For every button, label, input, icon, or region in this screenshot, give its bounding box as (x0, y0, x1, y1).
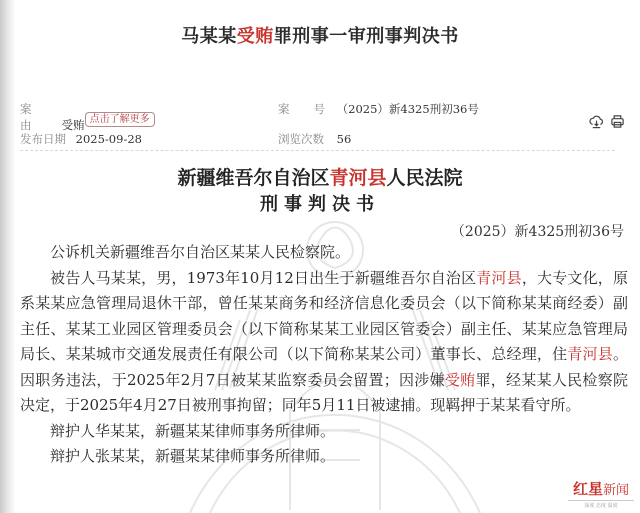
court-name-highlight: 青河县 (329, 167, 386, 189)
meta-divider (20, 150, 615, 151)
document-title: 马某某受贿罪刑事一审刑事判决书 (0, 22, 640, 48)
case-number-row: 案号 （2025）新4325刑初36号 (278, 101, 479, 117)
document-toolbar (589, 114, 625, 133)
publish-date-value: 2025-09-28 (76, 132, 142, 146)
judgment-body: 公诉机关新疆维吾尔自治区某某人民检察院。 被告人马某某，男，1973年10月12… (20, 240, 628, 470)
views-label: 浏览次数 (278, 131, 333, 147)
label-char: 案 (278, 102, 290, 116)
brand-slogan: 深度 态度 温度 (568, 500, 634, 509)
defender-paragraph-1: 辩护人华某某，新疆某某律师事务所律师。 (20, 419, 628, 445)
views-row: 浏览次数 56 (278, 131, 351, 147)
page-edge-shadow (0, 0, 16, 513)
title-text-rest: 罪刑事一审刑事判决书 (274, 26, 459, 47)
case-number-value: （2025）新4325刑初36号 (337, 102, 479, 116)
body-highlight: 受贿 (445, 371, 476, 389)
label-char: 由 (20, 118, 32, 132)
body-highlight: 青河县 (567, 345, 613, 363)
title-text: 马某某 (181, 26, 237, 47)
court-name-text: 新疆维吾尔自治区 (177, 167, 329, 189)
judgment-case-number: （2025）新4325刑初36号 (451, 221, 624, 241)
label-char: 号 (314, 102, 326, 116)
cloud-download-icon[interactable] (589, 114, 604, 133)
court-name-text-rest: 人民法院 (387, 167, 463, 189)
body-highlight: 青河县 (476, 269, 522, 287)
brand-logo: 红星新闻 (568, 478, 634, 499)
defender-paragraph-2: 辩护人张某某，新疆某某律师事务所律师。 (20, 444, 628, 470)
label-char: 案 (20, 102, 32, 116)
case-cause-label: 案由 (20, 101, 58, 133)
body-text: 被告人马某某，男，1973年10月12日出生于新疆维吾尔自治区 (50, 269, 476, 287)
court-name: 新疆维吾尔自治区青河县人民法院 (0, 163, 640, 190)
case-cause-row: 案由 受贿点击了解更多 (20, 101, 155, 134)
learn-more-button[interactable]: 点击了解更多 (85, 112, 155, 127)
news-brand-watermark: 红星新闻 深度 态度 温度 (568, 478, 634, 509)
brand-part-2: 新闻 (603, 483, 629, 498)
document-type-heading: 刑事判决书 (0, 190, 640, 216)
defendant-paragraph: 被告人马某某，男，1973年10月12日出生于新疆维吾尔自治区青河县，大专文化，… (20, 266, 628, 419)
brand-part-1: 红星 (573, 480, 603, 498)
views-value: 56 (337, 132, 352, 146)
printer-icon[interactable] (610, 114, 625, 133)
title-highlight: 受贿 (237, 26, 274, 47)
case-number-label: 案号 (278, 101, 333, 117)
publish-date-row: 发布日期 2025-09-28 (20, 131, 142, 147)
publish-date-label: 发布日期 (20, 131, 72, 147)
case-cause-value: 受贿 (62, 118, 85, 132)
prosecutor-paragraph: 公诉机关新疆维吾尔自治区某某人民检察院。 (20, 240, 628, 266)
